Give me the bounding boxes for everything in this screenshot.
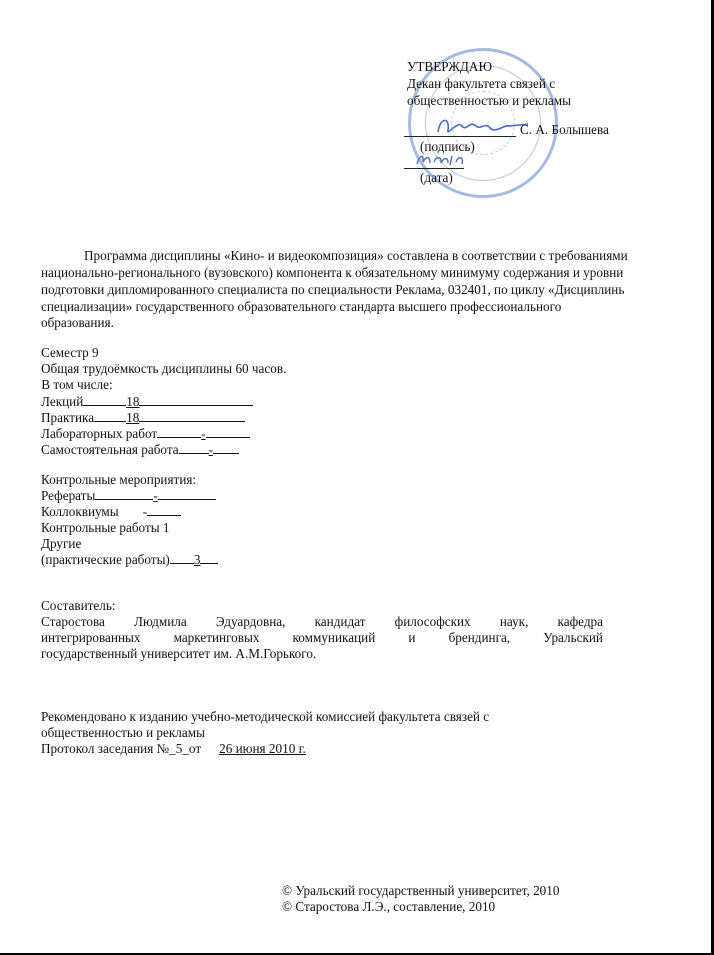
- date-line: [404, 168, 464, 169]
- date-caption: (дата): [420, 170, 453, 185]
- practical-value: 3: [194, 552, 201, 567]
- intro-line-3: подготовки дипломированного специалиста …: [41, 282, 624, 297]
- labs-row: Лабораторных работ-: [41, 426, 250, 441]
- selfwork-row: Самостоятельная работа-: [41, 442, 239, 457]
- lectures-label: Лекций: [41, 394, 83, 409]
- lectures-row: Лекций18: [41, 394, 253, 409]
- recommendation-line-1: Рекомендовано к изданию учебно-методичес…: [41, 709, 489, 724]
- labs-label: Лабораторных работ: [41, 426, 157, 441]
- author-heading: Составитель:: [41, 598, 116, 613]
- intro-line-1: Программа дисциплины «Кино- и видеокомпо…: [84, 248, 628, 263]
- signatory-name: С. А. Болышева: [520, 122, 609, 137]
- protocol-prefix: Протокол заседания №_5_от: [41, 741, 201, 756]
- practical-label: (практические работы): [41, 552, 170, 567]
- approval-heading: УТВЕРЖДАЮ: [407, 59, 492, 74]
- semester: Семестр 9: [41, 345, 99, 360]
- copyright-university: © Уральский государственный университет,…: [282, 883, 559, 898]
- author-line-3: государственный университет им. А.М.Горь…: [41, 646, 316, 661]
- signature-line: [404, 136, 516, 137]
- intro-line-4: специализации» государственного образова…: [41, 299, 561, 314]
- document-page: УТВЕРЖДАЮ Декан факультета связей с обще…: [0, 0, 714, 955]
- colloquia-row: Коллоквиумы-: [41, 504, 181, 519]
- control-heading: Контрольные мероприятия:: [41, 472, 196, 487]
- other-label: Другие: [41, 536, 81, 551]
- lectures-value: 18: [126, 394, 139, 409]
- tests-label: Контрольные работы: [41, 520, 160, 535]
- approval-line-2: общественностью и рекламы: [407, 93, 571, 108]
- signature-icon: [430, 112, 530, 142]
- total-hours: Общая трудоёмкость дисциплины 60 часов.: [41, 361, 286, 376]
- colloquia-label: Коллоквиумы: [41, 504, 119, 519]
- handwritten-date-icon: [414, 152, 484, 168]
- author-line-2: интегрированных маркетинговых коммуникац…: [41, 630, 603, 645]
- selfwork-label: Самостоятельная работа: [41, 442, 179, 457]
- practical-row: (практические работы)3: [41, 552, 218, 567]
- copyright-author: © Старостова Л.Э., составление, 2010: [282, 899, 495, 914]
- approval-line-1: Декан факультета связей с: [407, 76, 555, 91]
- practice-label: Практика: [41, 410, 94, 425]
- tests-value: 1: [163, 520, 170, 535]
- tests-row: Контрольные работы 1: [41, 520, 169, 535]
- essays-label: Рефераты: [41, 488, 95, 503]
- essays-row: Рефераты-: [41, 488, 216, 503]
- protocol-row: Протокол заседания №_5_от26 июня 2010 г.: [41, 741, 306, 756]
- intro-line-5: образования.: [41, 315, 114, 330]
- practice-value: 18: [126, 410, 139, 425]
- intro-line-2: национально-регионального (вузовского) к…: [41, 265, 623, 280]
- author-line-1: Старостова Людмила Эдуардовна, кандидат …: [41, 614, 603, 629]
- recommendation-line-2: общественностью и рекламы: [41, 725, 205, 740]
- protocol-date: 26 июня 2010 г.: [219, 741, 306, 756]
- practice-row: Практика18: [41, 410, 245, 425]
- including-label: В том числе:: [38, 377, 113, 392]
